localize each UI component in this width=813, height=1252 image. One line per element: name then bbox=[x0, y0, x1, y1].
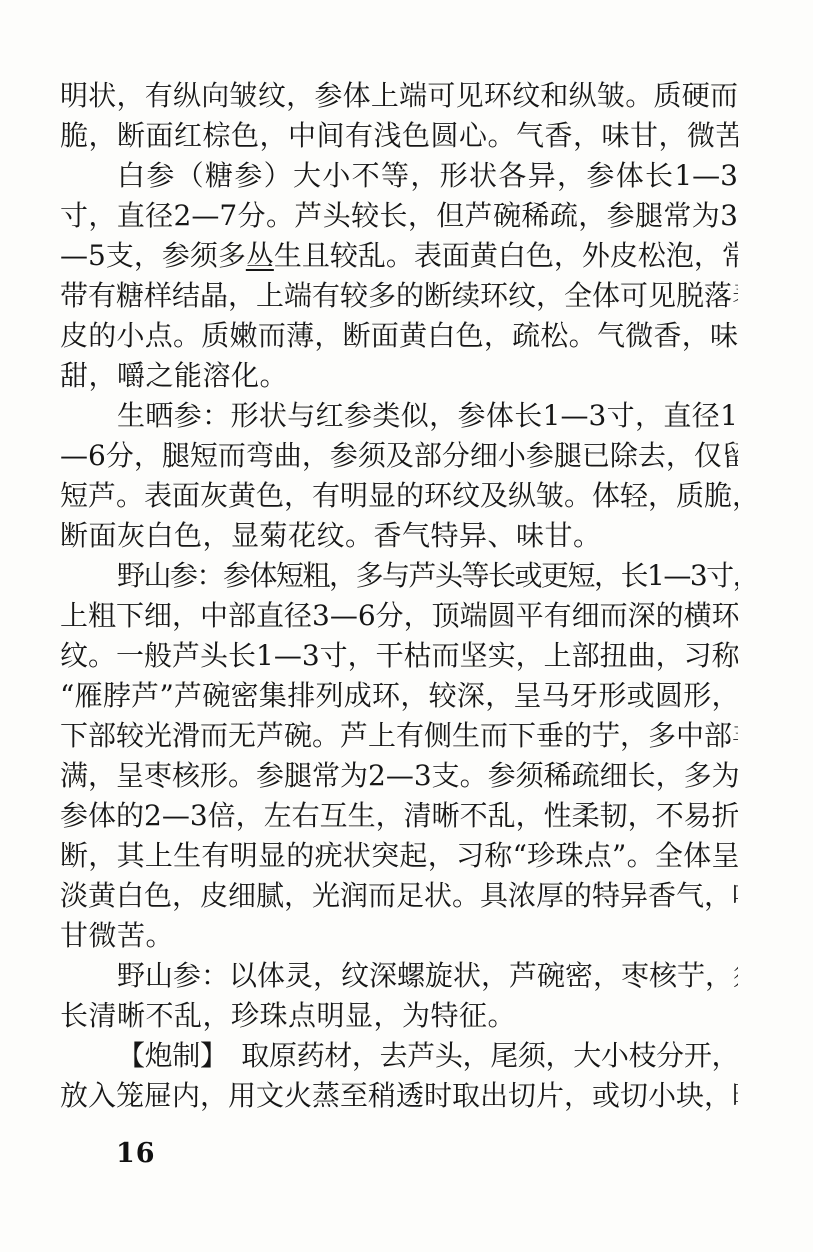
text-line: 断面灰白色，显菊花纹。香气特异、味甘。 bbox=[60, 516, 738, 556]
text-segment: —5支，参须多 bbox=[60, 239, 246, 272]
text-segment: 淡黄白色，皮细腻，光润而足状。具浓厚的特异香气，味 bbox=[60, 879, 738, 912]
text-segment: 生晒参：形状与红参类似，参体长1—3寸，直径1 bbox=[117, 399, 738, 432]
text-line: 生晒参：形状与红参类似，参体长1—3寸，直径1 bbox=[60, 396, 738, 436]
text-segment: 明状，有纵向皱纹，参体上端可见环纹和纵皱。质硬而 bbox=[60, 79, 738, 112]
text-line: 参体的2—3倍，左右互生，清晰不乱，性柔韧，不易折 bbox=[60, 796, 738, 836]
text-line: 【炮制】 取原药材，去芦头，尾须，大小枝分开， bbox=[60, 1036, 738, 1076]
text-segment: 【炮制】 取原药材，去芦头，尾须，大小枝分开， bbox=[117, 1039, 738, 1072]
text-line: 甜，嚼之能溶化。 bbox=[60, 356, 738, 396]
text-segment: 寸，直径2—7分。芦头较长，但芦碗稀疏，参腿常为3 bbox=[60, 199, 738, 232]
text-segment: 参体的2—3倍，左右互生，清晰不乱，性柔韧，不易折 bbox=[60, 799, 738, 832]
text-segment: 断面灰白色，显菊花纹。香气特异、味甘。 bbox=[60, 519, 602, 552]
text-line: 长清晰不乱，珍珠点明显，为特征。 bbox=[60, 996, 738, 1036]
text-segment: “雁脖芦”芦碗密集排列成环，较深，呈马牙形或圆形， bbox=[60, 679, 738, 712]
book-page: 明状，有纵向皱纹，参体上端可见环纹和纵皱。质硬而脆，断面红棕色，中间有浅色圆心。… bbox=[0, 0, 813, 1252]
text-segment: 上粗下细，中部直径3—6分，顶端圆平有细而深的横环 bbox=[60, 599, 738, 632]
text-segment: 放入笼屉内，用文火蒸至稍透时取出切片，或切小块，晾 bbox=[60, 1079, 738, 1112]
text-line: 带有糖样结晶，上端有较多的断续环纹，全体可见脱落表 bbox=[60, 276, 738, 316]
text-segment: 白参（糖参）大小不等，形状各异，参体长1—3 bbox=[117, 159, 738, 192]
text-line: 白参（糖参）大小不等，形状各异，参体长1—3 bbox=[60, 156, 738, 196]
text-line: 野山参：参体短粗，多与芦头等长或更短，长1—3寸， bbox=[60, 556, 738, 596]
text-segment: 带有糖样结晶，上端有较多的断续环纹，全体可见脱落表 bbox=[60, 279, 738, 312]
text-segment: 满，呈枣核形。参腿常为2—3支。参须稀疏细长，多为 bbox=[60, 759, 738, 792]
text-segment: 脆，断面红棕色，中间有浅色圆心。气香，味甘，微苦。 bbox=[60, 119, 738, 152]
text-segment: 下部较光滑而无芦碗。芦上有侧生而下垂的艼，多中部丰 bbox=[60, 719, 738, 752]
page-text: 明状，有纵向皱纹，参体上端可见环纹和纵皱。质硬而脆，断面红棕色，中间有浅色圆心。… bbox=[60, 76, 738, 1116]
text-line: 短芦。表面灰黄色，有明显的环纹及纵皱。体轻，质脆， bbox=[60, 476, 738, 516]
underlined-text-segment: 丛 bbox=[246, 239, 274, 272]
text-line: 寸，直径2—7分。芦头较长，但芦碗稀疏，参腿常为3 bbox=[60, 196, 738, 236]
text-segment: 短芦。表面灰黄色，有明显的环纹及纵皱。体轻，质脆， bbox=[60, 479, 738, 512]
text-segment: 甘微苦。 bbox=[60, 919, 174, 952]
text-segment: 甜，嚼之能溶化。 bbox=[60, 359, 288, 392]
text-line: 脆，断面红棕色，中间有浅色圆心。气香，味甘，微苦。 bbox=[60, 116, 738, 156]
page-number: 16 bbox=[116, 1138, 156, 1169]
text-line: 纹。一般芦头长1—3寸，干枯而坚实，上部扭曲，习称 bbox=[60, 636, 738, 676]
text-segment: 断，其上生有明显的疣状突起，习称“珍珠点”。全体呈 bbox=[60, 839, 738, 872]
text-segment: 长清晰不乱，珍珠点明显，为特征。 bbox=[60, 999, 516, 1032]
text-segment: 野山参：参体短粗，多与芦头等长或更短，长1—3寸， bbox=[117, 559, 738, 592]
text-line: “雁脖芦”芦碗密集排列成环，较深，呈马牙形或圆形， bbox=[60, 676, 738, 716]
text-line: 满，呈枣核形。参腿常为2—3支。参须稀疏细长，多为 bbox=[60, 756, 738, 796]
text-line: 明状，有纵向皱纹，参体上端可见环纹和纵皱。质硬而 bbox=[60, 76, 738, 116]
text-line: 下部较光滑而无芦碗。芦上有侧生而下垂的艼，多中部丰 bbox=[60, 716, 738, 756]
text-line: 放入笼屉内，用文火蒸至稍透时取出切片，或切小块，晾 bbox=[60, 1076, 738, 1116]
text-segment: 生且较乱。表面黄白色，外皮松泡，常 bbox=[274, 239, 738, 272]
text-segment: —6分，腿短而弯曲，参须及部分细小参腿已除去，仅留 bbox=[60, 439, 738, 472]
text-line: 淡黄白色，皮细腻，光润而足状。具浓厚的特异香气，味 bbox=[60, 876, 738, 916]
text-line: —5支，参须多丛生且较乱。表面黄白色，外皮松泡，常 bbox=[60, 236, 738, 276]
text-segment: 野山参：以体灵，纹深螺旋状，芦碗密，枣核艼，须 bbox=[117, 959, 738, 992]
text-line: 上粗下细，中部直径3—6分，顶端圆平有细而深的横环 bbox=[60, 596, 738, 636]
text-segment: 皮的小点。质嫩而薄，断面黄白色，疏松。气微香，味 bbox=[60, 319, 738, 352]
text-line: 甘微苦。 bbox=[60, 916, 738, 956]
text-segment: 纹。一般芦头长1—3寸，干枯而坚实，上部扭曲，习称 bbox=[60, 639, 738, 672]
text-line: 野山参：以体灵，纹深螺旋状，芦碗密，枣核艼，须 bbox=[60, 956, 738, 996]
text-line: 皮的小点。质嫩而薄，断面黄白色，疏松。气微香，味 bbox=[60, 316, 738, 356]
text-line: 断，其上生有明显的疣状突起，习称“珍珠点”。全体呈 bbox=[60, 836, 738, 876]
text-line: —6分，腿短而弯曲，参须及部分细小参腿已除去，仅留 bbox=[60, 436, 738, 476]
